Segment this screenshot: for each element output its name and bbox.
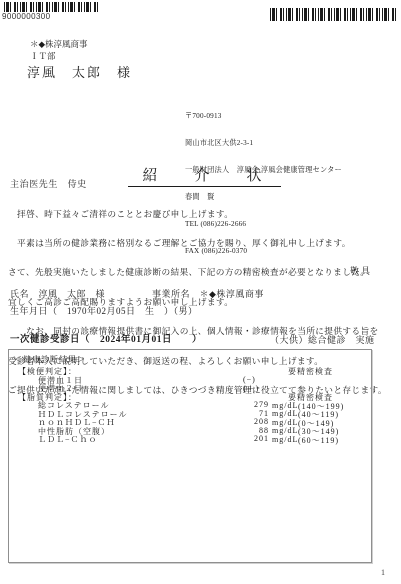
addressee-department: ＩＴ部 — [30, 50, 56, 62]
results-heading: ＜健康診断結果＞ — [14, 354, 86, 365]
body-line: さて、先般実施いたしました健康診断の結果、下記の方の精密検査が必要となりました。 — [8, 268, 387, 278]
patient-name-line: 氏名 淳風 太郎 様 — [10, 287, 105, 300]
stool-judgement-value: 要精密検査 — [288, 366, 333, 377]
letter-closing: 敬具 — [350, 264, 372, 277]
result-item-value: (＋) — [243, 383, 259, 394]
result-item-unit: mg/dL — [272, 435, 298, 444]
page-number: 1 — [381, 568, 385, 577]
body-line: 平素は当所の健診業務に格別なるご理解とご協力を賜り、厚く御礼申し上げます。 — [8, 239, 387, 249]
exam-date-line: 一次健診受診日（ 2024年01月01日 ） — [10, 331, 202, 345]
result-item-range: (60～119) — [298, 435, 339, 446]
body-line: 拝啓、時下益々ご清祥のこととお慶び申し上げます。 — [8, 210, 387, 220]
addressee-company: ＊◆株淳風商事 — [30, 38, 88, 50]
patient-office-line: 事業所名 ＊◆株淳風商事 — [152, 287, 264, 300]
recipient-name: 淳風 太郎 様 — [27, 62, 132, 81]
sender-postal-code: 〒700-0913 — [185, 112, 342, 121]
exam-type-label: （大供）総合健診 実施 — [270, 333, 375, 346]
patient-birth-line: 生年月日（ 1970年02月05日 生 ）（男） — [10, 304, 198, 317]
barcode-number: 9000000300 — [2, 12, 51, 21]
health-check-results-box: ＜健康診断結果＞ 【検便判定】： 要精密検査 便潜血１日 (−) 便潜血２日 (… — [8, 349, 372, 563]
result-item-name: ＬＤＬ−Ｃｈｏ — [38, 434, 98, 445]
document-title: 紹 介 状 — [128, 164, 280, 187]
barcode-top-left-icon — [4, 2, 98, 12]
result-item-value: 201 — [237, 434, 269, 443]
barcode-top-right-icon — [270, 8, 398, 21]
salutation: 主治医先生 侍史 — [10, 177, 87, 190]
